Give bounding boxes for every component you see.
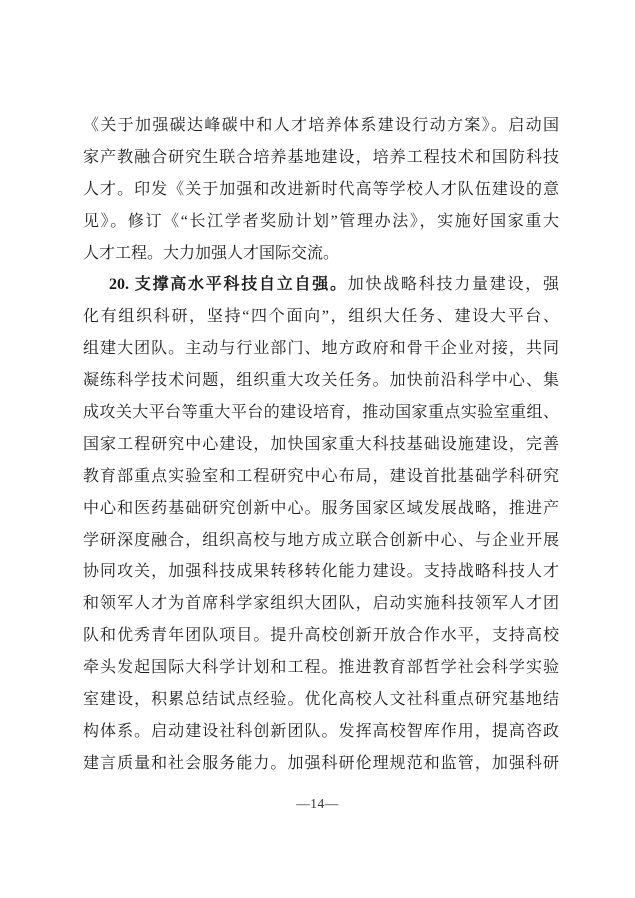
text-line: 见》。修订《“长江学者奖励计划”管理办法》，实施好国家重大 — [83, 206, 559, 238]
text-line: 中心和医药基础研究创新中心。服务国家区域发展战略，推进产 — [83, 493, 559, 525]
text-line: 人才。印发《关于加强和改进新时代高等学校人才队伍建设的意 — [83, 174, 559, 206]
paragraph-2: 20. 支撑高水平科技自立自强。加快战略科技力量建设，强 化有组织科研，坚持“四… — [83, 269, 559, 779]
text-line: 凝练科学技术问题，组织重大攻关任务。加快前沿科学中心、集 — [83, 365, 559, 397]
text-line: 组建大团队。主动与行业部门、地方政府和骨干企业对接，共同 — [83, 333, 559, 365]
text-line: 《关于加强碳达峰碳中和人才培养体系建设行动方案》。启动国 — [83, 110, 559, 142]
text-line: 学研深度融合，组织高校与地方成立联合创新中心、与企业开展 — [83, 525, 559, 557]
text-line: 家产教融合研究生联合培养基地建设，培养工程技术和国防科技 — [83, 142, 559, 174]
text-line: 20. 支撑高水平科技自立自强。加快战略科技力量建设，强 — [83, 269, 559, 301]
text-line: 人才工程。大力加强人才国际交流。 — [83, 238, 559, 270]
text-line: 协同攻关，加强科技成果转移转化能力建设。支持战略科技人才 — [83, 556, 559, 588]
document-page: 《关于加强碳达峰碳中和人才培养体系建设行动方案》。启动国 家产教融合研究生联合培… — [0, 0, 635, 898]
item-20-heading-rest: 加快战略科技力量建设，强 — [348, 276, 559, 293]
paragraph-1: 《关于加强碳达峰碳中和人才培养体系建设行动方案》。启动国 家产教融合研究生联合培… — [83, 110, 559, 269]
text-line: 室建设，积累总结试点经验。优化高校人文社科重点研究基地结 — [83, 684, 559, 716]
page-footer: —14— — [0, 796, 635, 812]
text-line: 成攻关大平台等重大平台的建设培育，推动国家重点实验室重组、 — [83, 397, 559, 429]
item-20-heading: 20. 支撑高水平科技自立自强。 — [109, 276, 348, 293]
text-line: 和领军人才为首席科学家组织大团队，启动实施科技领军人才团 — [83, 588, 559, 620]
text-line: 队和优秀青年团队项目。提升高校创新开放合作水平，支持高校 — [83, 620, 559, 652]
body-text: 《关于加强碳达峰碳中和人才培养体系建设行动方案》。启动国 家产教融合研究生联合培… — [83, 110, 559, 780]
text-line: 建言质量和社会服务能力。加强科研伦理规范和监管，加强科研 — [83, 748, 559, 780]
text-line: 牵头发起国际大科学计划和工程。推进教育部哲学社会科学实验 — [83, 652, 559, 684]
text-line: 教育部重点实验室和工程研究中心布局，建设首批基础学科研究 — [83, 461, 559, 493]
text-line: 国家工程研究中心建设，加快国家重大科技基础设施建设，完善 — [83, 429, 559, 461]
text-line: 构体系。启动建设社科创新团队。发挥高校智库作用，提高咨政 — [83, 716, 559, 748]
page-number: —14— — [296, 796, 339, 811]
text-line: 化有组织科研，坚持“四个面向”，组织大任务、建设大平台、 — [83, 301, 559, 333]
